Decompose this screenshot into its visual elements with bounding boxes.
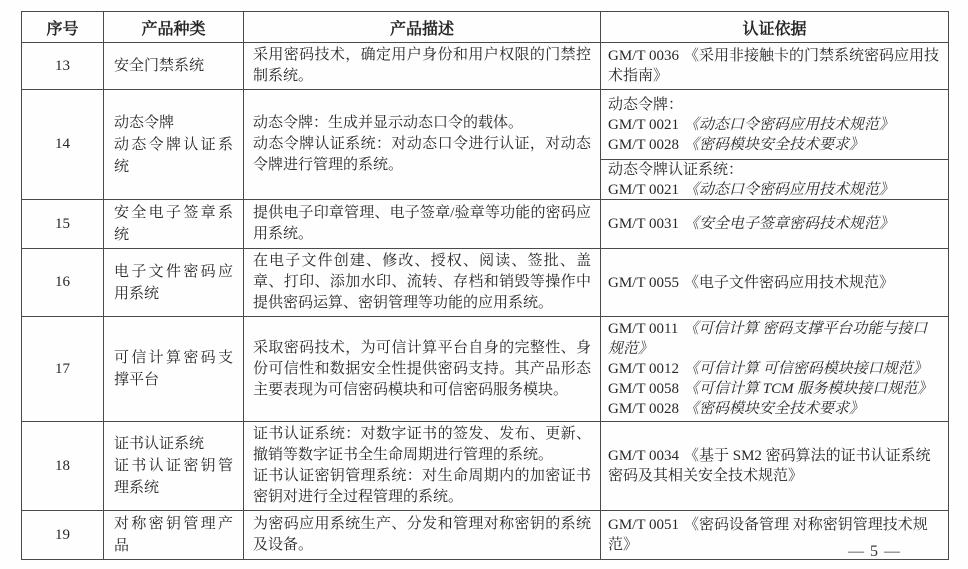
certification-basis-cell: GM/T 0011《可信计算 密码支撑平台功能与接口规范》 GM/T 0012《… — [601, 317, 949, 422]
certification-basis-cell: 动态令牌： GM/T 0021《动态口令密码应用技术规范》 GM/T 0028《… — [601, 90, 949, 200]
certification-basis-cell: GM/T 0055《电子文件密码应用技术规范》 — [601, 249, 949, 317]
category-line: 电子文件密码应用系统 — [114, 261, 233, 305]
standard-code: GM/T 0011 — [608, 321, 678, 337]
basis-line: GM/T 0034《基于 SM2 密码算法的证书认证系统密码及其相关安全技术规范… — [608, 446, 941, 486]
standard-code: GM/T 0028 — [608, 137, 679, 153]
basis-subcell: 动态令牌： GM/T 0021《动态口令密码应用技术规范》 GM/T 0028《… — [601, 90, 948, 160]
table-row: 15 安全电子签章系统 提供电子印章管理、电子签章/验章等功能的密码应用系统。 … — [22, 200, 949, 249]
table-row: 18 证书认证系统 证书认证密钥管理系统 证书认证系统：对数字证书的签发、发布、… — [22, 422, 949, 511]
standard-title: 《可信计算 TCM 服务模块接口规范》 — [684, 381, 932, 397]
standard-title: 《可信计算 可信密码模块接口规范》 — [684, 361, 928, 377]
basis-line: GM/T 0028《密码模块安全技术要求》 — [608, 399, 941, 419]
category-line: 证书认证密钥管理系统 — [114, 455, 233, 499]
category-line: 对称密钥管理产品 — [114, 513, 233, 557]
description-paragraph: 动态令牌认证系统：对动态口令进行认证，对动态令牌进行管理的系统。 — [253, 134, 591, 176]
basis-line: GM/T 0055《电子文件密码应用技术规范》 — [608, 273, 941, 293]
basis-line: GM/T 0021《动态口令密码应用技术规范》 — [608, 180, 941, 200]
standard-code: GM/T 0021 — [608, 182, 679, 198]
standard-code: GM/T 0028 — [608, 401, 679, 417]
standard-code: GM/T 0034 — [608, 448, 679, 464]
row-number-cell: 17 — [22, 317, 104, 422]
category-line: 安全门禁系统 — [114, 55, 233, 77]
standard-title: 《密码模块安全技术要求》 — [684, 137, 864, 153]
row-number-cell: 16 — [22, 249, 104, 317]
standard-code: GM/T 0012 — [608, 361, 679, 377]
table-row: 16 电子文件密码应用系统 在电子文件创建、修改、授权、阅读、签批、盖章、打印、… — [22, 249, 949, 317]
product-category-cell: 可信计算密码支撑平台 — [104, 317, 244, 422]
standard-code: GM/T 0058 — [608, 381, 679, 397]
standard-code: GM/T 0036 — [608, 48, 679, 64]
description-paragraph: 动态令牌：生成并显示动态口令的载体。 — [253, 113, 591, 134]
product-category-cell: 安全门禁系统 — [104, 43, 244, 90]
basis-line: GM/T 0021《动态口令密码应用技术规范》 — [608, 115, 941, 135]
table-row: 13 安全门禁系统 采用密码技术，确定用户身份和用户权限的门禁控制系统。 GM/… — [22, 43, 949, 90]
basis-label-line: 动态令牌： — [608, 95, 941, 115]
row-number-cell: 13 — [22, 43, 104, 90]
certification-basis-cell: GM/T 0034《基于 SM2 密码算法的证书认证系统密码及其相关安全技术规范… — [601, 422, 949, 511]
document-page: 序号 产品种类 产品描述 认证依据 13 安全门禁系统 采用密码技术，确定用户身… — [0, 0, 968, 569]
category-line: 动态令牌 — [114, 112, 233, 134]
column-header-no: 序号 — [22, 12, 104, 43]
product-category-cell: 证书认证系统 证书认证密钥管理系统 — [104, 422, 244, 511]
product-category-cell: 对称密钥管理产品 — [104, 511, 244, 560]
column-header-category: 产品种类 — [104, 12, 244, 43]
description-paragraph: 证书认证系统：对数字证书的签发、发布、更新、撤销等数字证书全生命周期进行管理的系… — [253, 424, 591, 466]
product-category-cell: 动态令牌 动态令牌认证系统 — [104, 90, 244, 200]
basis-line: GM/T 0031《安全电子签章密码技术规范》 — [608, 214, 941, 234]
certification-basis-cell: GM/T 0036《采用非接触卡的门禁系统密码应用技术指南》 — [601, 43, 949, 90]
column-header-basis: 认证依据 — [601, 12, 949, 43]
table-row: 17 可信计算密码支撑平台 采取密码技术，为可信计算平台自身的完整性、身份可信性… — [22, 317, 949, 422]
product-description-cell: 动态令牌：生成并显示动态口令的载体。 动态令牌认证系统：对动态口令进行认证，对动… — [244, 90, 601, 200]
standard-code: GM/T 0051 — [608, 517, 679, 533]
row-number-cell: 18 — [22, 422, 104, 511]
row-number-cell: 14 — [22, 90, 104, 200]
standard-title: 《动态口令密码应用技术规范》 — [684, 117, 894, 133]
category-line: 动态令牌认证系统 — [114, 134, 233, 178]
product-description-cell: 采取密码技术，为可信计算平台自身的完整性、身份可信性和数据安全性提供密码支持。其… — [244, 317, 601, 422]
product-certification-table: 序号 产品种类 产品描述 认证依据 13 安全门禁系统 采用密码技术，确定用户身… — [21, 11, 949, 560]
description-paragraph: 为密码应用系统生产、分发和管理对称密钥的系统及设备。 — [253, 514, 591, 556]
standard-title: 《电子文件密码应用技术规范》 — [684, 275, 894, 291]
row-number-cell: 19 — [22, 511, 104, 560]
description-paragraph: 采用密码技术，确定用户身份和用户权限的门禁控制系统。 — [253, 45, 591, 87]
certification-basis-cell: GM/T 0031《安全电子签章密码技术规范》 — [601, 200, 949, 249]
standard-code: GM/T 0021 — [608, 117, 679, 133]
basis-subcell: 动态令牌认证系统： GM/T 0021《动态口令密码应用技术规范》 — [601, 160, 948, 199]
category-line: 可信计算密码支撑平台 — [114, 347, 233, 391]
row-number-cell: 15 — [22, 200, 104, 249]
description-paragraph: 采取密码技术，为可信计算平台自身的完整性、身份可信性和数据安全性提供密码支持。其… — [253, 338, 591, 401]
standard-title: 《动态口令密码应用技术规范》 — [684, 182, 894, 198]
column-header-description: 产品描述 — [244, 12, 601, 43]
page-number: — 5 — — [848, 543, 901, 561]
product-description-cell: 证书认证系统：对数字证书的签发、发布、更新、撤销等数字证书全生命周期进行管理的系… — [244, 422, 601, 511]
product-description-cell: 提供电子印章管理、电子签章/验章等功能的密码应用系统。 — [244, 200, 601, 249]
standard-title: 《安全电子签章密码技术规范》 — [684, 216, 894, 232]
description-paragraph: 在电子文件创建、修改、授权、阅读、签批、盖章、打印、添加水印、流转、存档和销毁等… — [253, 251, 591, 314]
basis-line: GM/T 0058《可信计算 TCM 服务模块接口规范》 — [608, 379, 941, 399]
product-description-cell: 为密码应用系统生产、分发和管理对称密钥的系统及设备。 — [244, 511, 601, 560]
category-line: 安全电子签章系统 — [114, 202, 233, 246]
description-paragraph: 提供电子印章管理、电子签章/验章等功能的密码应用系统。 — [253, 203, 591, 245]
standard-code: GM/T 0055 — [608, 275, 679, 291]
table-header-row: 序号 产品种类 产品描述 认证依据 — [22, 12, 949, 43]
table-row: 19 对称密钥管理产品 为密码应用系统生产、分发和管理对称密钥的系统及设备。 G… — [22, 511, 949, 560]
basis-line: GM/T 0012《可信计算 可信密码模块接口规范》 — [608, 359, 941, 379]
standard-title: 《密码模块安全技术要求》 — [684, 401, 864, 417]
standard-code: GM/T 0031 — [608, 216, 679, 232]
basis-line: GM/T 0036《采用非接触卡的门禁系统密码应用技术指南》 — [608, 46, 941, 86]
product-category-cell: 电子文件密码应用系统 — [104, 249, 244, 317]
product-description-cell: 采用密码技术，确定用户身份和用户权限的门禁控制系统。 — [244, 43, 601, 90]
table-row: 14 动态令牌 动态令牌认证系统 动态令牌：生成并显示动态口令的载体。 动态令牌… — [22, 90, 949, 200]
basis-line: GM/T 0011《可信计算 密码支撑平台功能与接口规范》 — [608, 319, 941, 359]
category-line: 证书认证系统 — [114, 433, 233, 455]
product-description-cell: 在电子文件创建、修改、授权、阅读、签批、盖章、打印、添加水印、流转、存档和销毁等… — [244, 249, 601, 317]
basis-line: GM/T 0028《密码模块安全技术要求》 — [608, 135, 941, 155]
product-category-cell: 安全电子签章系统 — [104, 200, 244, 249]
basis-label-line: 动态令牌认证系统： — [608, 160, 941, 180]
description-paragraph: 证书认证密钥管理系统：对生命周期内的加密证书密钥对进行全过程管理的系统。 — [253, 466, 591, 508]
